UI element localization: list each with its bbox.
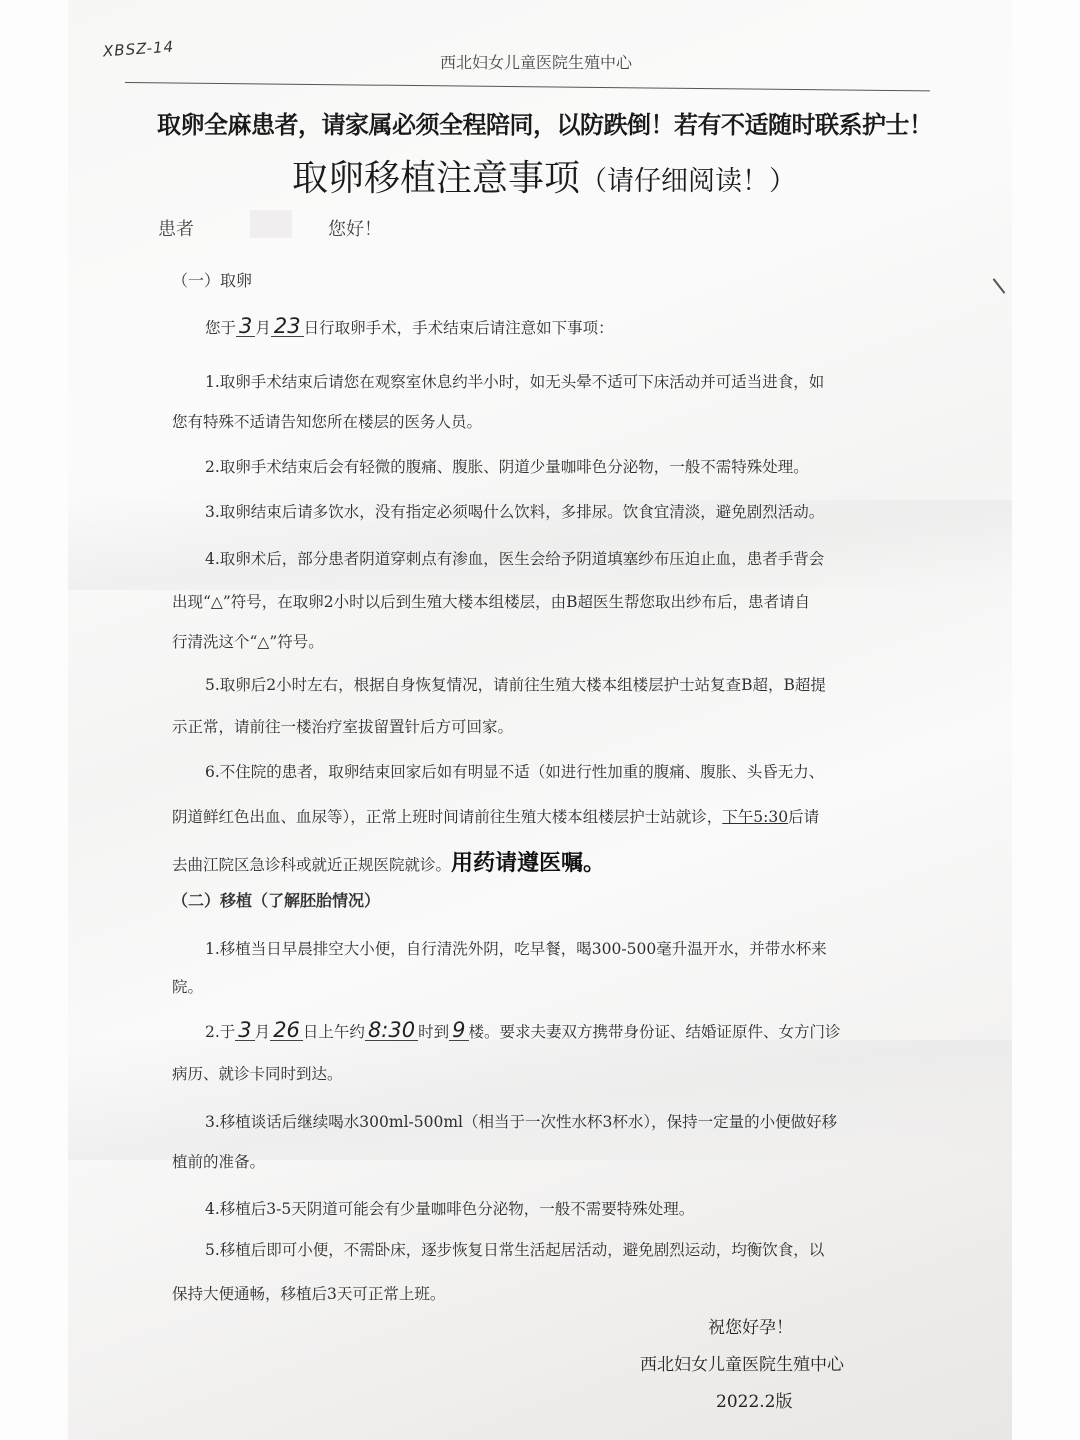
header-organization: 西北妇女儿童医院生殖中心 — [440, 50, 632, 73]
handwritten-floor: 9 — [449, 1020, 468, 1041]
list-item: 4.移植后3-5天阴道可能会有少量咖啡色分泌物，一般不需要特殊处理。 — [205, 1197, 694, 1219]
redacted-patient-name — [250, 210, 292, 238]
greeting-prefix: 患者 — [158, 215, 194, 241]
title-main: 取卵移植注意事项 — [292, 158, 580, 199]
list-item-cont: 阴道鲜红色出血、血尿等），正常上班时间请前往生殖大楼本组楼层护士站就诊，下午5:… — [172, 805, 819, 827]
list-item-cont: 院。 — [172, 975, 203, 997]
title-sub: （请仔细阅读！） — [580, 166, 796, 197]
list-item: 5.取卵后2小时左右，根据自身恢复情况，请前往生殖大楼本组楼层护士站复查B超，B… — [205, 673, 826, 695]
list-item-cont: 去曲江院区急诊科或就近正规医院就诊。用药请遵医嘱。 — [172, 846, 605, 877]
handwritten-day: 23 — [271, 316, 304, 337]
list-item: 3.移植谈话后继续喝水300ml-500ml（相当于一次性水杯3杯水），保持一定… — [205, 1110, 837, 1132]
list-item: 5.移植后即可小便，不需卧床，逐步恢复日常生活起居活动，避免剧烈运动，均衡饮食，… — [205, 1238, 824, 1260]
list-item: 4.取卵术后，部分患者阴道穿刺点有渗血，医生会给予阴道填塞纱布压迫止血，患者手背… — [205, 547, 824, 569]
list-item: 2.取卵手术结束后会有轻微的腹痛、腹胀、阴道少量咖啡色分泌物，一般不需特殊处理。 — [205, 455, 809, 477]
greeting-suffix: 您好！ — [328, 215, 382, 241]
list-item: 2.于3月26日上午约8:30时到9楼。要求夫妻双方携带身份证、结婚证原件、女方… — [205, 1020, 841, 1042]
list-item: 1.取卵手术结束后请您在观察室休息约半小时，如无头晕不适可下床活动并可适当进食，… — [205, 370, 824, 392]
list-item: 1.移植当日早晨排空大小便，自行清洗外阴，吃早餐，喝300-500毫升温开水，并… — [205, 937, 827, 959]
section-heading-retrieval: （一）取卵 — [172, 268, 252, 291]
closing-organization: 西北妇女儿童医院生殖中心 — [640, 1350, 844, 1375]
section-heading-transfer: （二）移植（了解胚胎情况） — [172, 888, 380, 911]
handwritten-time: 8:30 — [365, 1020, 418, 1041]
list-item-cont: 行清洗这个“△”符号。 — [172, 630, 324, 652]
underlined-time: 下午5:30 — [722, 808, 788, 826]
list-item-cont: 保持大便通畅，移植后3天可正常上班。 — [172, 1282, 445, 1304]
list-item: 6.不住院的患者，取卵结束回家后如有明显不适（如进行性加重的腹痛、腹胀、头昏无力… — [205, 760, 824, 782]
warning-banner: 取卵全麻患者，请家属必须全程陪同，以防跌倒！若有不适随时联系护士！ — [157, 105, 933, 140]
list-item-cont: 您有特殊不适请告知您所在楼层的医务人员。 — [172, 410, 482, 432]
medication-note: 用药请遵医嘱。 — [451, 851, 605, 876]
list-item-cont: 示正常，请前往一楼治疗室拔留置针后方可回家。 — [172, 715, 513, 737]
handwritten-day: 26 — [270, 1020, 303, 1041]
list-item-cont: 出现“△”符号，在取卵2小时以后到生殖大楼本组楼层，由B超医生帮您取出纱布后，患… — [172, 590, 810, 612]
list-item-cont: 病历、就诊卡同时到达。 — [172, 1062, 343, 1084]
handwritten-month: 3 — [236, 316, 255, 337]
list-item: 3.取卵结束后请多饮水，没有指定必须喝什么饮料，多排尿。饮食宜清淡，避免剧烈活动… — [205, 500, 824, 522]
list-item-cont: 植前的准备。 — [172, 1150, 265, 1172]
page-title: 取卵移植注意事项（请仔细阅读！） — [292, 150, 796, 201]
handwritten-month: 3 — [235, 1020, 254, 1041]
paper-fold — [68, 1040, 1012, 1160]
retrieval-intro: 您于3月23日行取卵手术，手术结束后请注意如下事项： — [205, 316, 614, 338]
version-label: 2022.2版 — [716, 1387, 792, 1412]
closing-wish: 祝您好孕！ — [708, 1313, 793, 1338]
